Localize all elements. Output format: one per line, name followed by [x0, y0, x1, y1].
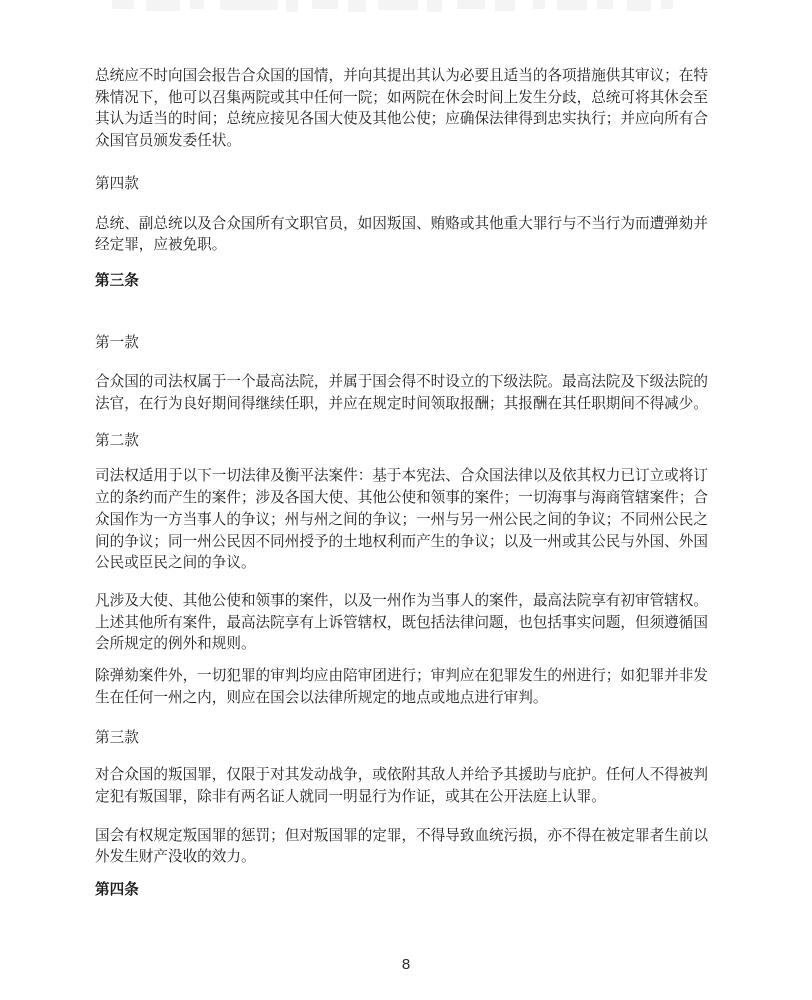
clipped-previous-line-artifact — [112, 0, 732, 13]
paragraph-original-appellate: 凡涉及大使、其他公使和领事的案件，以及一州作为当事人的案件，最高法院享有初审管辖… — [95, 591, 719, 656]
document-body: 总统应不时向国会报告合众国的国情，并向其提出其认为必要且适当的各项措施供其审议；… — [95, 66, 719, 902]
paragraph-jury-trial: 除弹劾案件外，一切犯罪的审判均应由陪审团进行；审判应在犯罪发生的州进行；如犯罪并… — [95, 666, 719, 709]
section-heading-2: 第二款 — [95, 431, 719, 453]
section-heading-4: 第四款 — [95, 174, 719, 196]
paragraph-impeachment: 总统、副总统以及合众国所有文职官员，如因叛国、贿赂或其他重大罪行与不当行为而遭弹… — [95, 214, 719, 257]
page-number: 8 — [0, 956, 812, 973]
document-page: 总统应不时向国会报告合众国的国情，并向其提出其认为必要且适当的各项措施供其审议；… — [0, 0, 812, 1000]
paragraph-state-of-union: 总统应不时向国会报告合众国的国情，并向其提出其认为必要且适当的各项措施供其审议；… — [95, 66, 719, 153]
paragraph-judicial-power: 合众国的司法权属于一个最高法院，并属于国会得不时设立的下级法院。最高法院及下级法… — [95, 372, 719, 415]
article-heading-3: 第三条 — [95, 271, 719, 293]
paragraph-treason-punishment: 国会有权规定叛国罪的惩罚；但对叛国罪的定罪，不得导致血统污损，亦不得在被定罪者生… — [95, 826, 719, 869]
paragraph-treason-definition: 对合众国的叛国罪，仅限于对其发动战争，或依附其敌人并给予其援助与庇护。任何人不得… — [95, 765, 719, 808]
paragraph-jurisdiction-cases: 司法权适用于以下一切法律及衡平法案件：基于本宪法、合众国法律以及依其权力已订立或… — [95, 466, 719, 575]
article-heading-4: 第四条 — [95, 880, 719, 902]
section-heading-3: 第三款 — [95, 728, 719, 750]
section-heading-1: 第一款 — [95, 333, 719, 355]
